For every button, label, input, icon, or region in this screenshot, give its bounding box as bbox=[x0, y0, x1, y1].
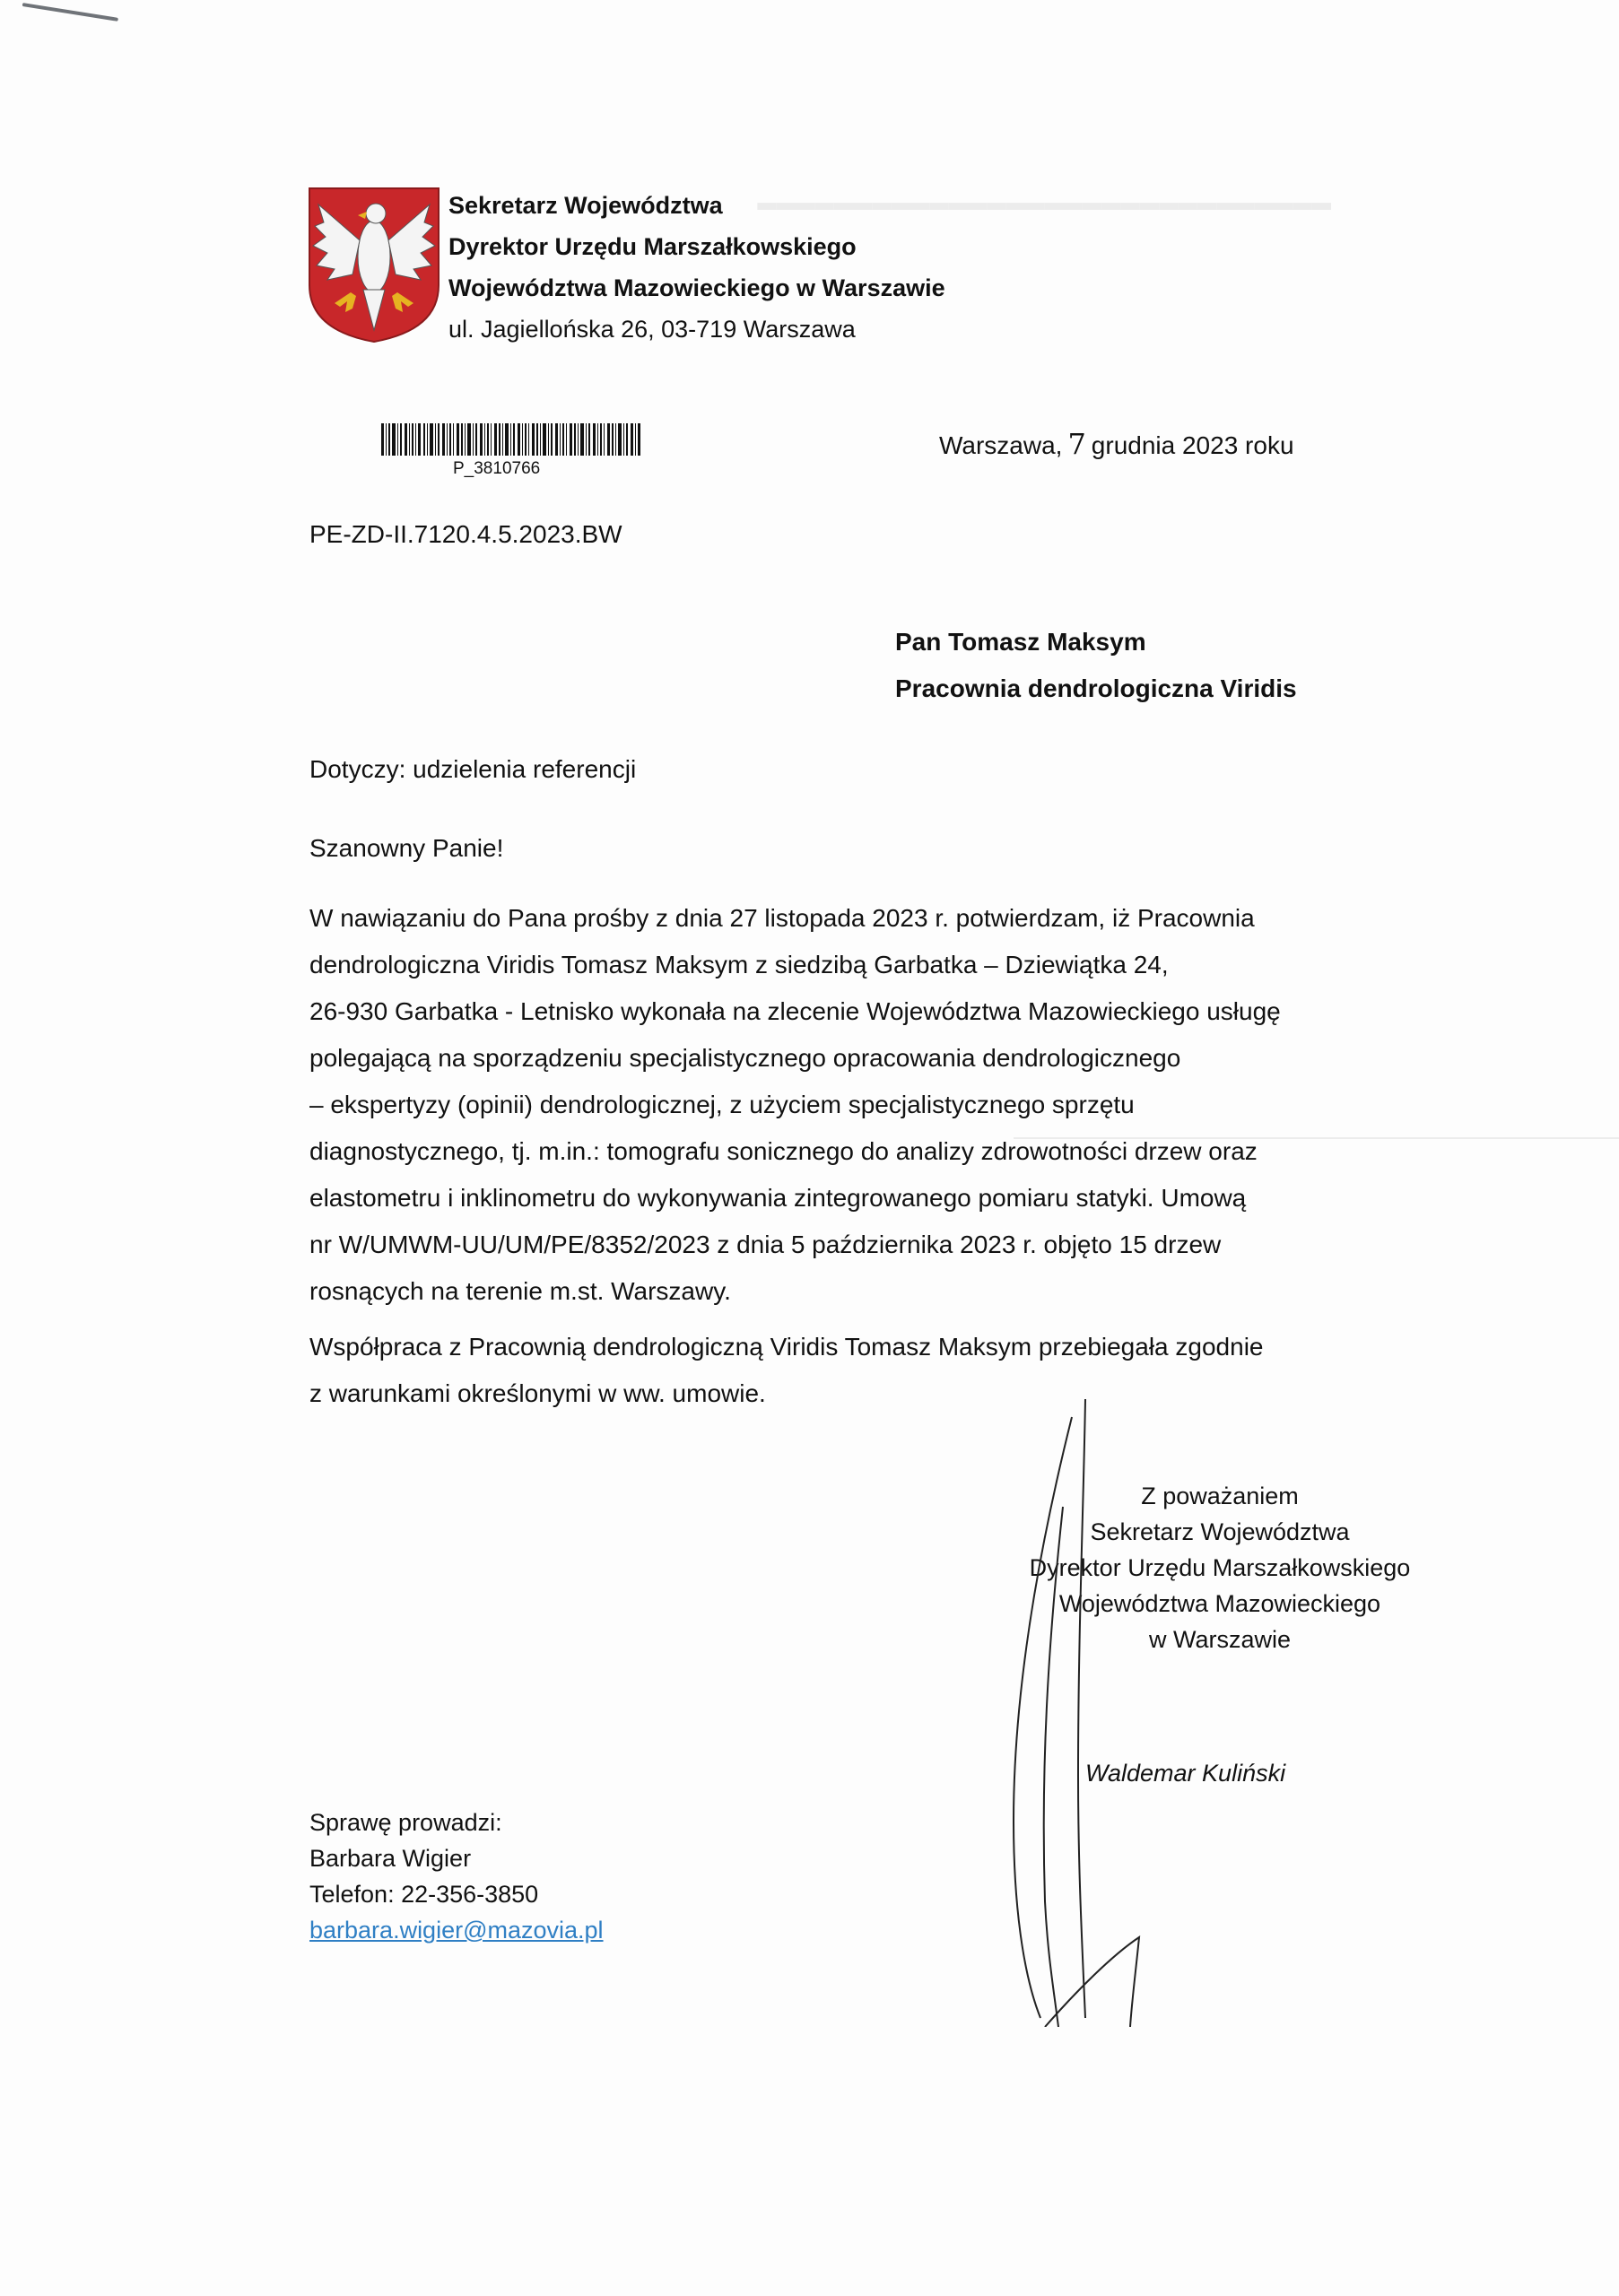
header-address: ul. Jagiellońska 26, 03-719 Warszawa bbox=[448, 316, 856, 344]
barcode-number: P_3810766 bbox=[453, 459, 540, 479]
body-line: elastometru i inklinometru do wykonywani… bbox=[309, 1175, 1281, 1222]
body-line: nr W/UMWM-UU/UM/PE/8352/2023 z dnia 5 pa… bbox=[309, 1222, 1281, 1268]
subject-line: Dotyczy: udzielenia referencji bbox=[309, 755, 636, 784]
contact-phone: Telefon: 22-356-3850 bbox=[309, 1876, 604, 1912]
letter-body: W nawiązaniu do Pana prośby z dnia 27 li… bbox=[309, 895, 1281, 1417]
contact-label: Sprawę prowadzi: bbox=[309, 1805, 604, 1840]
salutation: Szanowny Panie! bbox=[309, 834, 503, 863]
body-line: polegającą na sporządzeniu specjalistycz… bbox=[309, 1035, 1281, 1082]
header-title-1: Sekretarz Województwa bbox=[448, 192, 723, 220]
contact-email-link[interactable]: barbara.wigier@mazovia.pl bbox=[309, 1912, 604, 1948]
body-line: dendrologiczna Viridis Tomasz Maksym z s… bbox=[309, 942, 1281, 988]
addressee-company: Pracownia dendrologiczna Viridis bbox=[895, 674, 1297, 703]
reference-number: PE-ZD-II.7120.4.5.2023.BW bbox=[309, 520, 622, 549]
body-line: – ekspertyzy (opinii) dendrologicznej, z… bbox=[309, 1082, 1281, 1128]
coat-of-arms-icon bbox=[308, 187, 440, 344]
date-prefix: Warszawa, bbox=[939, 431, 1062, 459]
letter-date: Warszawa,7grudnia 2023 roku bbox=[939, 427, 1294, 461]
body-line: Współpraca z Pracownią dendrologiczną Vi… bbox=[309, 1324, 1281, 1370]
header-title-2: Dyrektor Urzędu Marszałkowskiego bbox=[448, 233, 857, 261]
body-line: rosnących na terenie m.st. Warszawy. bbox=[309, 1268, 1281, 1315]
contact-block: Sprawę prowadzi: Barbara Wigier Telefon:… bbox=[309, 1805, 604, 1948]
date-day-handwritten: 7 bbox=[1067, 427, 1085, 461]
body-line: W nawiązaniu do Pana prośby z dnia 27 li… bbox=[309, 895, 1281, 942]
staple-mark bbox=[22, 3, 118, 22]
barcode-icon bbox=[381, 423, 641, 456]
header-title-3: Województwa Mazowieckiego w Warszawie bbox=[448, 274, 945, 302]
addressee-name: Pan Tomasz Maksym bbox=[895, 628, 1146, 657]
date-suffix: grudnia 2023 roku bbox=[1092, 431, 1294, 459]
body-line: 26-930 Garbatka - Letnisko wykonała na z… bbox=[309, 988, 1281, 1035]
contact-name: Barbara Wigier bbox=[309, 1840, 604, 1876]
body-line: diagnostycznego, tj. m.in.: tomografu so… bbox=[309, 1128, 1281, 1175]
handwritten-signature-icon bbox=[978, 1399, 1157, 2027]
